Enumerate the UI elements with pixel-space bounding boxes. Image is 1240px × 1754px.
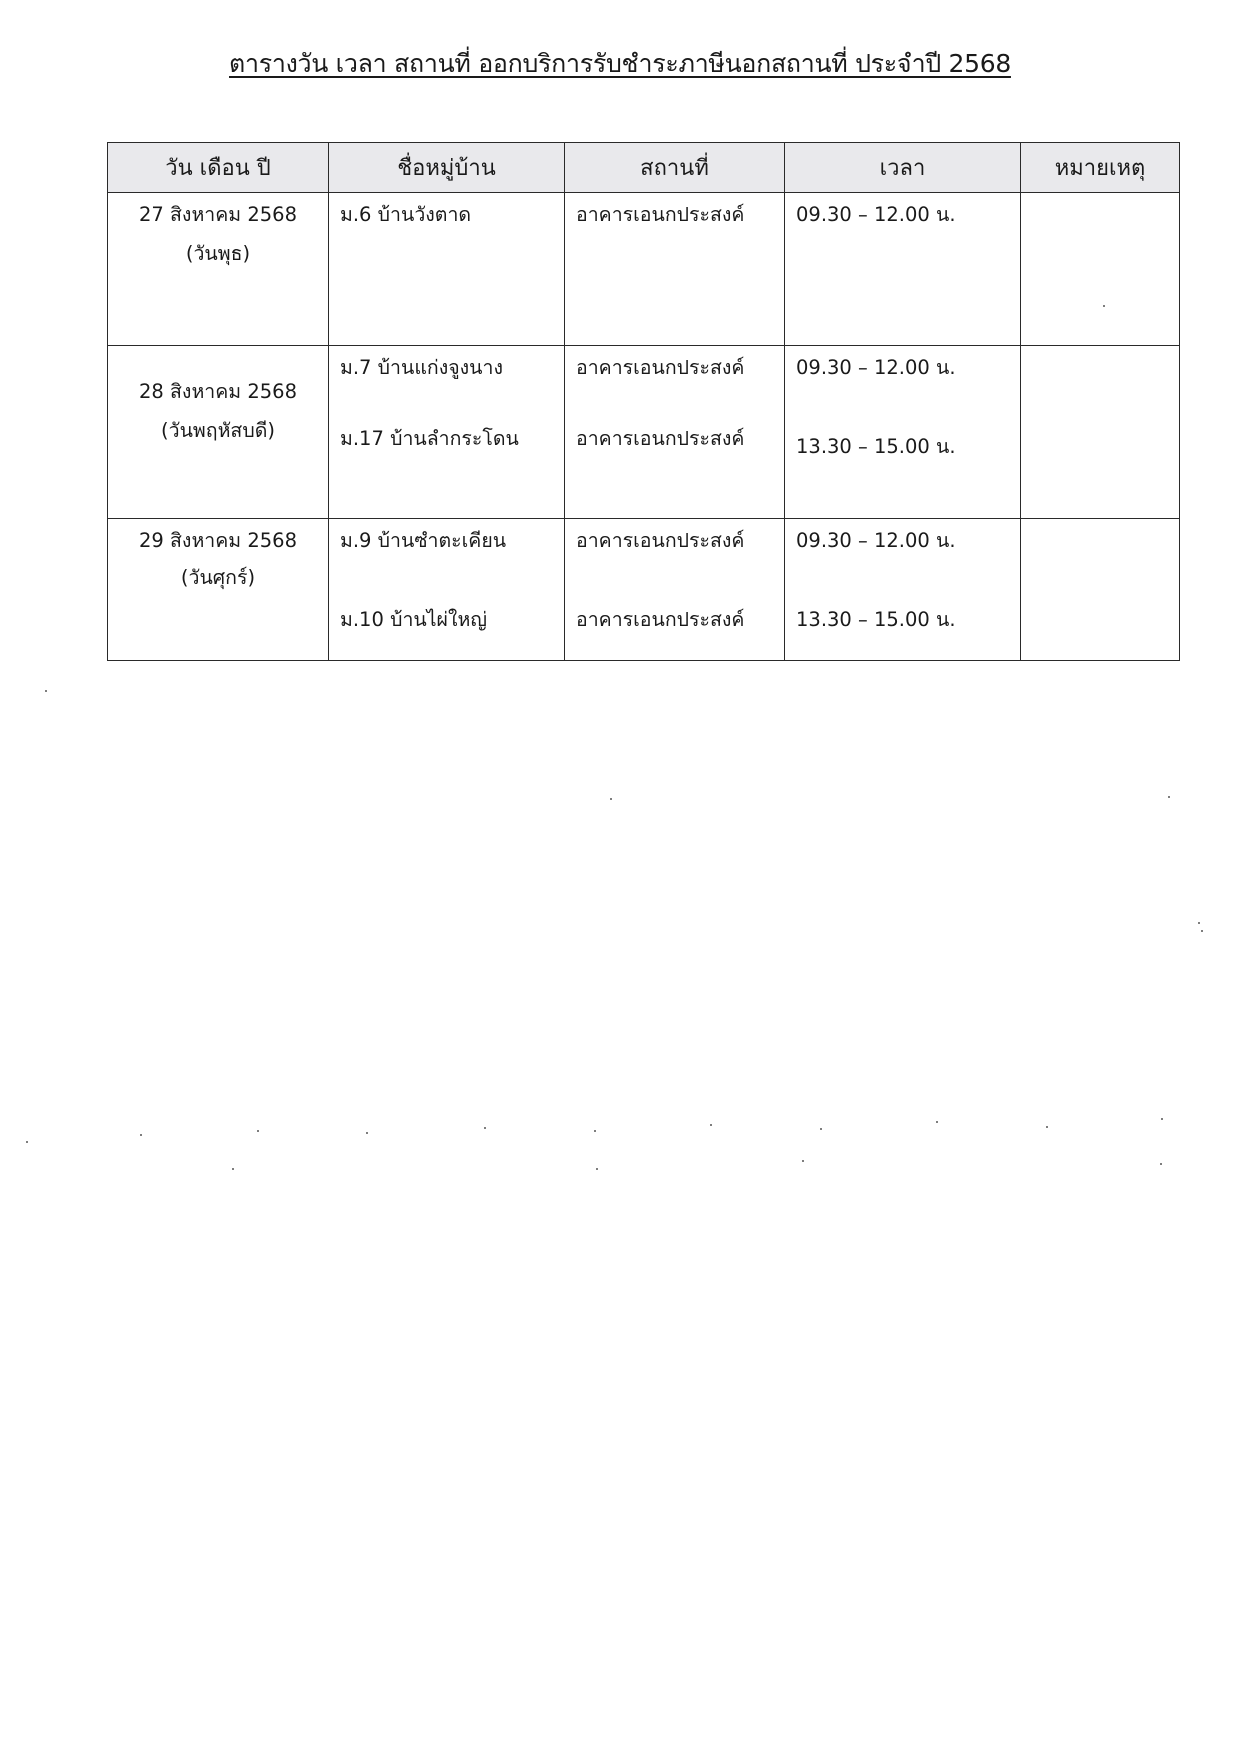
scan-speck bbox=[366, 1132, 368, 1134]
scan-speck bbox=[232, 1168, 234, 1170]
scan-speck bbox=[45, 690, 47, 692]
time-range: 13.30 – 15.00 น. bbox=[796, 608, 1020, 631]
header-date: วัน เดือน ปี bbox=[108, 143, 329, 193]
place-cell: อาคารเอนกประสงค์ อาคารเอนกประสงค์ bbox=[565, 346, 785, 519]
scan-speck bbox=[710, 1124, 712, 1126]
scan-speck bbox=[1160, 1163, 1162, 1165]
page-title: ตารางวัน เวลา สถานที่ ออกบริการรับชำระภา… bbox=[0, 44, 1240, 84]
village-cell: ม.7 บ้านแก่งจูงนาง ม.17 บ้านลำกระโดน bbox=[329, 346, 565, 519]
schedule-table: วัน เดือน ปี ชื่อหมู่บ้าน สถานที่ เวลา ห… bbox=[107, 142, 1180, 661]
date-cell: 29 สิงหาคม 2568 (วันศุกร์) bbox=[108, 519, 329, 661]
scan-speck bbox=[484, 1127, 486, 1129]
scan-speck bbox=[1103, 305, 1105, 307]
time-cell: 09.30 – 12.00 น. 13.30 – 15.00 น. bbox=[785, 519, 1021, 661]
scan-speck bbox=[257, 1130, 259, 1132]
place-name: อาคารเอนกประสงค์ bbox=[576, 193, 784, 226]
date-cell: 27 สิงหาคม 2568 (วันพุธ) bbox=[108, 193, 329, 346]
header-village: ชื่อหมู่บ้าน bbox=[329, 143, 565, 193]
header-place: สถานที่ bbox=[565, 143, 785, 193]
village-name: ม.6 บ้านวังตาด bbox=[340, 193, 564, 226]
time-cell: 09.30 – 12.00 น. 13.30 – 15.00 น. bbox=[785, 346, 1021, 519]
village-name: ม.9 บ้านซำตะเคียน bbox=[340, 519, 564, 552]
date-text: 29 สิงหาคม 2568 bbox=[108, 529, 328, 552]
table-row: 29 สิงหาคม 2568 (วันศุกร์) ม.9 บ้านซำตะเ… bbox=[108, 519, 1180, 661]
village-name: ม.7 บ้านแก่งจูงนาง bbox=[340, 346, 564, 379]
table-header-row: วัน เดือน ปี ชื่อหมู่บ้าน สถานที่ เวลา ห… bbox=[108, 143, 1180, 193]
place-cell: อาคารเอนกประสงค์ อาคารเอนกประสงค์ bbox=[565, 519, 785, 661]
place-name: อาคารเอนกประสงค์ bbox=[576, 608, 784, 631]
scan-speck bbox=[1201, 930, 1203, 932]
scan-speck bbox=[140, 1134, 142, 1136]
time-cell: 09.30 – 12.00 น. bbox=[785, 193, 1021, 346]
table-row: 27 สิงหาคม 2568 (วันพุธ) ม.6 บ้านวังตาด … bbox=[108, 193, 1180, 346]
scan-speck bbox=[610, 798, 612, 800]
time-range: 09.30 – 12.00 น. bbox=[796, 346, 1020, 379]
note-cell bbox=[1021, 519, 1180, 661]
date-text: 27 สิงหาคม 2568 bbox=[108, 203, 328, 226]
time-range: 09.30 – 12.00 น. bbox=[796, 193, 1020, 226]
village-cell: ม.9 บ้านซำตะเคียน ม.10 บ้านไผ่ใหญ่ bbox=[329, 519, 565, 661]
date-text: 28 สิงหาคม 2568 bbox=[108, 380, 328, 403]
village-cell: ม.6 บ้านวังตาด bbox=[329, 193, 565, 346]
village-name: ม.17 บ้านลำกระโดน bbox=[340, 427, 564, 450]
table-row: 28 สิงหาคม 2568 (วันพฤหัสบดี) ม.7 บ้านแก… bbox=[108, 346, 1180, 519]
weekday-text: (วันศุกร์) bbox=[108, 566, 328, 589]
place-name: อาคารเอนกประสงค์ bbox=[576, 427, 784, 450]
header-time: เวลา bbox=[785, 143, 1021, 193]
date-cell: 28 สิงหาคม 2568 (วันพฤหัสบดี) bbox=[108, 346, 329, 519]
scan-speck bbox=[596, 1168, 598, 1170]
time-range: 09.30 – 12.00 น. bbox=[796, 519, 1020, 552]
scan-speck bbox=[1046, 1126, 1048, 1128]
scan-speck bbox=[820, 1128, 822, 1130]
note-cell bbox=[1021, 193, 1180, 346]
note-cell bbox=[1021, 346, 1180, 519]
place-name: อาคารเอนกประสงค์ bbox=[576, 346, 784, 379]
village-name: ม.10 บ้านไผ่ใหญ่ bbox=[340, 608, 564, 631]
scan-speck bbox=[1198, 922, 1200, 924]
header-note: หมายเหตุ bbox=[1021, 143, 1180, 193]
scan-speck bbox=[26, 1141, 28, 1143]
scan-speck bbox=[594, 1130, 596, 1132]
weekday-text: (วันพฤหัสบดี) bbox=[108, 419, 328, 442]
place-cell: อาคารเอนกประสงค์ bbox=[565, 193, 785, 346]
scan-speck bbox=[802, 1160, 804, 1162]
scan-speck bbox=[936, 1121, 938, 1123]
scan-speck bbox=[1161, 1118, 1163, 1120]
weekday-text: (วันพุธ) bbox=[108, 242, 328, 265]
time-range: 13.30 – 15.00 น. bbox=[796, 435, 1020, 458]
place-name: อาคารเอนกประสงค์ bbox=[576, 519, 784, 552]
scan-speck bbox=[1168, 796, 1170, 798]
